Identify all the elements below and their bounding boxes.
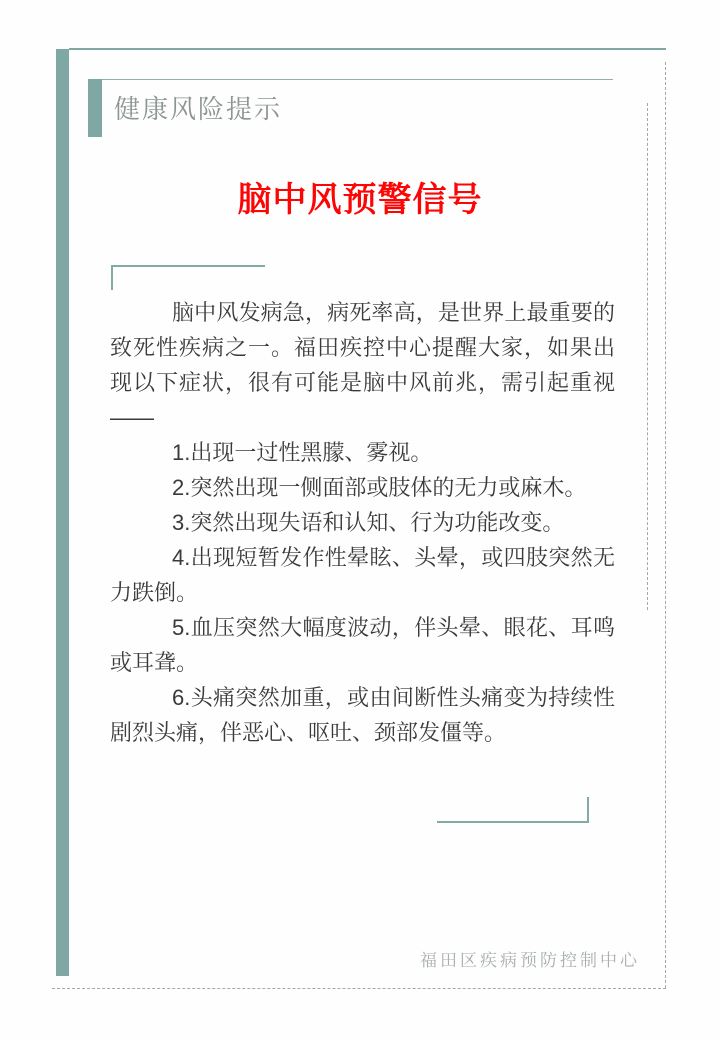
header-label: 健康风险提示 (114, 93, 282, 125)
symptom-item-6: 6.头痛突然加重，或由间断性头痛变为持续性剧烈头痛，伴恶心、呕吐、颈部发僵等。 (110, 680, 615, 750)
body-text-block: 脑中风发病急，病死率高，是世界上最重要的致死性疾病之一。福田疾控中心提醒大家，如… (110, 295, 615, 750)
page-margin-guide-bottom (52, 988, 666, 989)
symptom-item-5: 5.血压突然大幅度波动，伴头晕、眼花、耳鸣或耳聋。 (110, 610, 615, 680)
header-accent-block (88, 79, 102, 137)
footer-organization: 福田区疾病预防控制中心 (420, 946, 640, 971)
corner-bracket-bottom-right (437, 797, 589, 823)
corner-bracket-top-left (111, 265, 265, 290)
header-rule-line (88, 79, 613, 80)
symptom-item-4: 4.出现短暂发作性晕眩、头晕，或四肢突然无力跌倒。 (110, 540, 615, 610)
page-title: 脑中风预警信号 (0, 172, 720, 221)
symptom-item-3: 3.突然出现失语和认知、行为功能改变。 (110, 505, 615, 540)
document-page: 健康风险提示 脑中风预警信号 脑中风发病急，病死率高，是世界上最重要的致死性疾病… (0, 0, 720, 1039)
symptom-item-1: 1.出现一过性黑朦、雾视。 (110, 435, 615, 470)
intro-paragraph: 脑中风发病急，病死率高，是世界上最重要的致死性疾病之一。福田疾控中心提醒大家，如… (110, 295, 615, 435)
symptom-item-2: 2.突然出现一侧面部或肢体的无力或麻木。 (110, 470, 615, 505)
top-rule-line (69, 48, 666, 50)
